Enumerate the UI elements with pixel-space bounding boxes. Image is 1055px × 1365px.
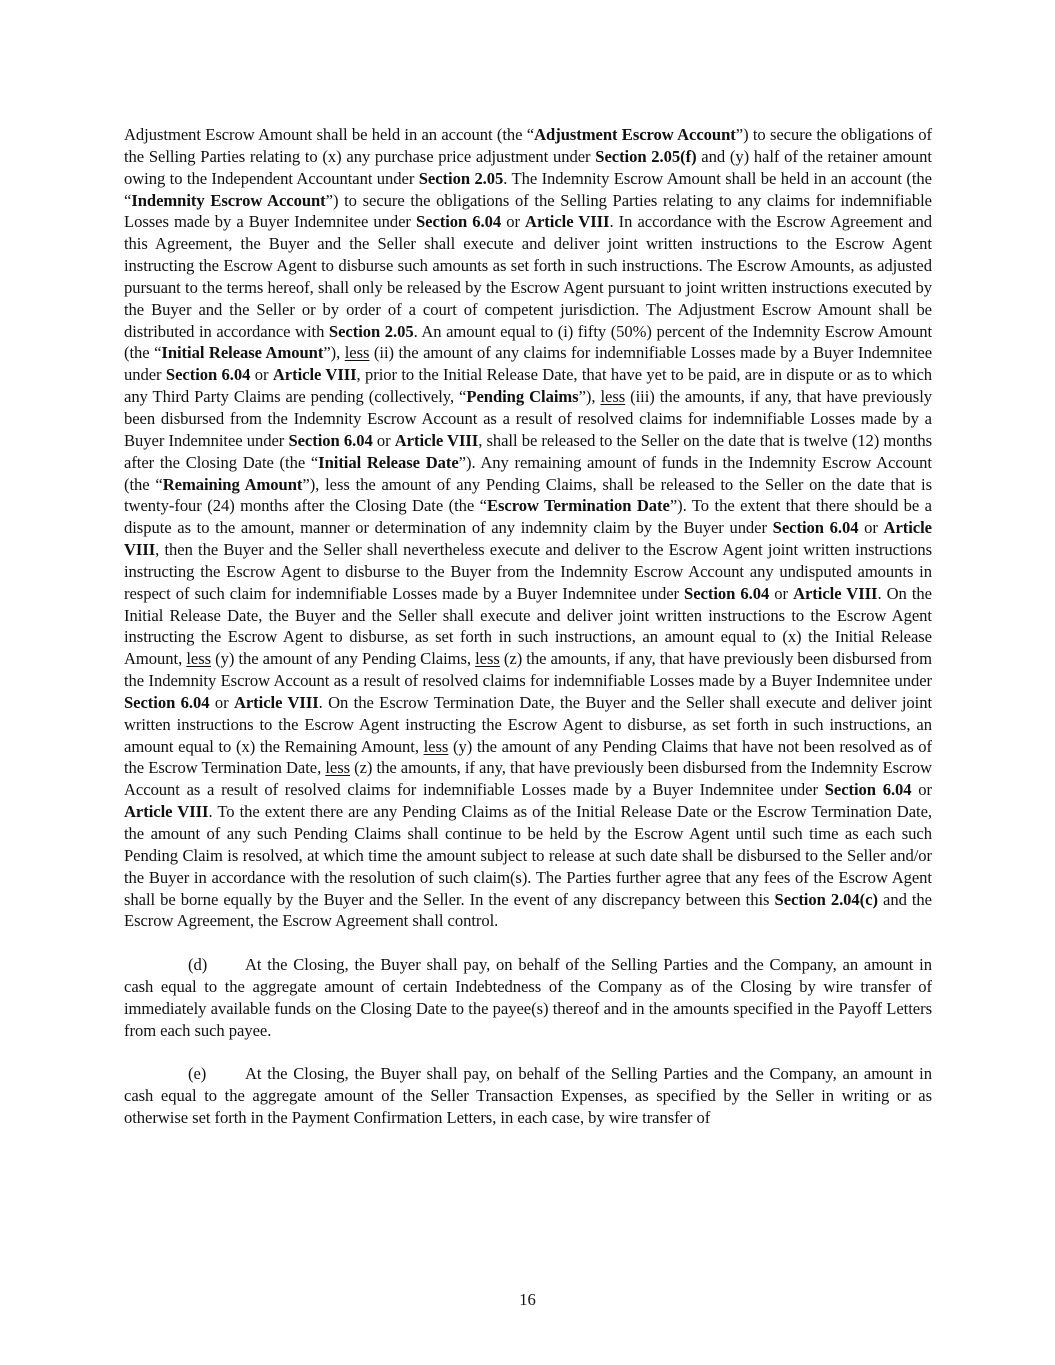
text-run: or	[209, 693, 233, 712]
clause-label: (d)	[188, 954, 245, 976]
text-run: (y) the amount of any Pending Claims,	[211, 649, 475, 668]
defined-term: Section 6.04	[773, 518, 859, 537]
text-run: or	[373, 431, 395, 450]
text-run: or	[858, 518, 883, 537]
defined-term: Article VIII	[234, 693, 319, 712]
text-run: At the Closing, the Buyer shall pay, on …	[124, 955, 932, 1040]
clause-label: (e)	[188, 1063, 245, 1085]
page-number: 16	[0, 1290, 1055, 1310]
defined-term: Section 6.04	[684, 584, 769, 603]
underlined-term: less	[345, 343, 370, 362]
defined-term: Section 6.04	[166, 365, 250, 384]
document-page: Adjustment Escrow Amount shall be held i…	[124, 124, 932, 1129]
text-run: ”),	[579, 387, 601, 406]
text-run: ”),	[323, 343, 344, 362]
defined-term: Pending Claims	[466, 387, 578, 406]
defined-term: Section 2.04(c)	[775, 890, 878, 909]
defined-term: Article VIII	[793, 584, 877, 603]
text-run: or	[912, 780, 932, 799]
defined-term: Article VIII	[273, 365, 357, 384]
defined-term: Section 2.05	[329, 322, 414, 341]
defined-term: Indemnity Escrow Account	[131, 191, 325, 210]
underlined-term: less	[325, 758, 350, 777]
defined-term: Adjustment Escrow Account	[534, 125, 736, 144]
underlined-term: less	[600, 387, 625, 406]
paragraph-clause-e: (e)At the Closing, the Buyer shall pay, …	[124, 1063, 932, 1129]
underlined-term: less	[186, 649, 211, 668]
defined-term: Article VIII	[525, 212, 609, 231]
defined-term: Section 6.04	[124, 693, 209, 712]
underlined-term: less	[424, 737, 449, 756]
defined-term: Section 6.04	[825, 780, 912, 799]
paragraph-clause-d: (d)At the Closing, the Buyer shall pay, …	[124, 954, 932, 1041]
defined-term: Remaining Amount	[163, 475, 303, 494]
defined-term: Escrow Termination Date	[487, 496, 670, 515]
defined-term: Section 2.05(f)	[595, 147, 696, 166]
defined-term: Article VIII	[124, 802, 208, 821]
defined-term: Article VIII	[395, 431, 478, 450]
defined-term: Section 6.04	[416, 212, 501, 231]
defined-term: Initial Release Date	[318, 453, 459, 472]
text-run: or	[501, 212, 525, 231]
text-run: or	[250, 365, 272, 384]
paragraph-escrow-continued: Adjustment Escrow Amount shall be held i…	[124, 124, 932, 932]
defined-term: Section 2.05	[419, 169, 504, 188]
defined-term: Initial Release Amount	[161, 343, 323, 362]
text-run: At the Closing, the Buyer shall pay, on …	[124, 1064, 932, 1127]
underlined-term: less	[475, 649, 500, 668]
text-run: or	[769, 584, 793, 603]
text-run: Adjustment Escrow Amount shall be held i…	[124, 125, 534, 144]
defined-term: Section 6.04	[288, 431, 372, 450]
